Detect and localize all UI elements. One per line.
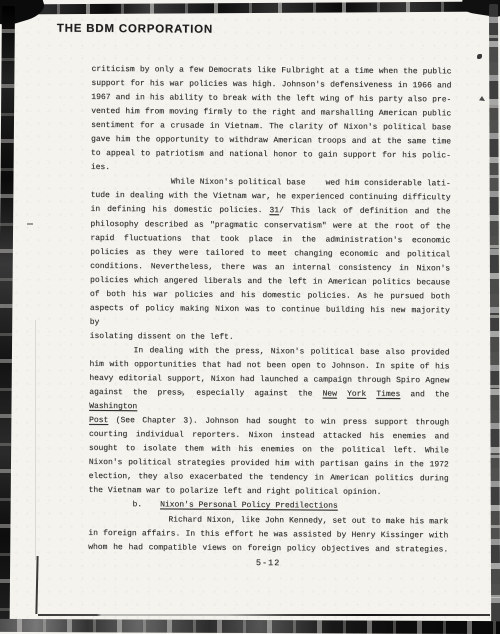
text-segment: gave him the opportunity to withdraw Ame…	[91, 135, 451, 147]
text-segment: the Vietnam war to polarize left and rig…	[89, 486, 382, 497]
text-segment: b.	[132, 501, 142, 510]
text-segment: him with opportunities that had not been…	[89, 360, 449, 372]
text-segment: against the press, especially against th…	[89, 388, 322, 399]
scan-edge-bottom	[0, 619, 500, 634]
faded-text-gap	[306, 184, 326, 185]
text-segment: courting individual reporters. Nixon ins…	[89, 430, 449, 442]
letterhead-title: THE BDM CORPORATION	[57, 23, 213, 36]
text-segment: criticism by only a few Democrats like F…	[91, 65, 451, 77]
text-segment: Richard Nixon, like John Kennedy, set ou…	[168, 515, 448, 526]
left-faint-line	[35, 320, 36, 560]
text-segment: heavy editorial support, Nixon had launc…	[89, 374, 449, 386]
faded-text-gap	[142, 506, 160, 507]
text-segment: sentiment for a crusade in Vietnam. The …	[91, 121, 451, 133]
text-segment: philosophy described as "pragmatic conse…	[90, 219, 450, 231]
text-segment: In dealing with the press, Nixon's polit…	[134, 346, 450, 357]
page-number: 5-12	[88, 557, 448, 570]
text-segment	[337, 390, 347, 399]
text-segment: to appeal to patriotism and national hon…	[91, 149, 451, 161]
underlined-text: Times	[376, 390, 400, 399]
text-segment: wed him considerable lati-	[325, 179, 450, 189]
text-segment: policies as they were tailored to meet c…	[90, 248, 450, 260]
text-line: b.Nixon's Personal Policy Predilections	[88, 498, 448, 515]
text-line: aspects of policy making Nixon was to co…	[90, 302, 450, 333]
text-segment: aspects of policy making Nixon was to co…	[90, 304, 450, 327]
text-line: against the press, especially against th…	[89, 386, 449, 417]
text-segment: of both his war policies and his domesti…	[90, 290, 450, 302]
page-content: THE BDM CORPORATION criticism by only a …	[0, 0, 500, 634]
text-segment: While Nixon's political base	[171, 178, 306, 188]
underlined-text: Post	[89, 416, 108, 425]
text-line: to appeal to patriotism and national hon…	[91, 147, 451, 164]
underlined-text: New	[322, 390, 336, 399]
underlined-text: York	[347, 390, 366, 399]
underlined-text: Washington	[89, 402, 137, 411]
text-segment: Nixon's political strategies provided hi…	[89, 458, 449, 470]
text-segment: policies which angered liberals and the …	[90, 276, 450, 288]
ink-speck	[477, 54, 482, 59]
text-segment: tude in dealing with the Vietnam war, he…	[91, 191, 451, 203]
text-segment: election, they also exacerbated the tend…	[89, 472, 449, 484]
text-segment: (See Chapter 3). Johnson had sought to w…	[108, 416, 449, 427]
text-segment: vented him from moving firmly to the rig…	[91, 107, 451, 119]
text-segment: / This lack of definition and the	[279, 207, 451, 217]
text-segment: 1967 and in his ability to break with th…	[91, 93, 451, 105]
underlined-text: Nixon's Personal Policy Predilections	[160, 501, 338, 511]
text-segment: rapid fluctuations that took place in th…	[90, 233, 450, 245]
document-body-text: criticism by only a few Democrats like F…	[88, 63, 451, 557]
underlined-text: 31	[269, 207, 279, 216]
text-line: whom he had compatible views on foreign …	[88, 540, 448, 557]
text-segment: in defining his domestic policies.	[90, 205, 269, 215]
ink-speck	[180, 391, 183, 394]
text-segment: and the	[400, 390, 449, 399]
scanned-document-page: { "document": { "header": "THE BDM CORPO…	[0, 0, 500, 634]
text-segment: isolating dissent on the left.	[90, 332, 234, 342]
text-segment	[366, 390, 376, 399]
text-segment: in foreign affairs. In this effort he wa…	[88, 528, 448, 540]
text-segment: support for his war policies was high. J…	[91, 79, 451, 91]
bottom-rule-line	[38, 614, 490, 616]
ink-speck	[27, 223, 33, 225]
text-segment: sought to isolate them with his enemies …	[89, 444, 449, 456]
text-segment: ies.	[91, 163, 110, 172]
text-segment: conditions. Nevertheless, there was an i…	[90, 262, 450, 274]
text-segment: whom he had compatible views on foreign …	[88, 542, 448, 554]
